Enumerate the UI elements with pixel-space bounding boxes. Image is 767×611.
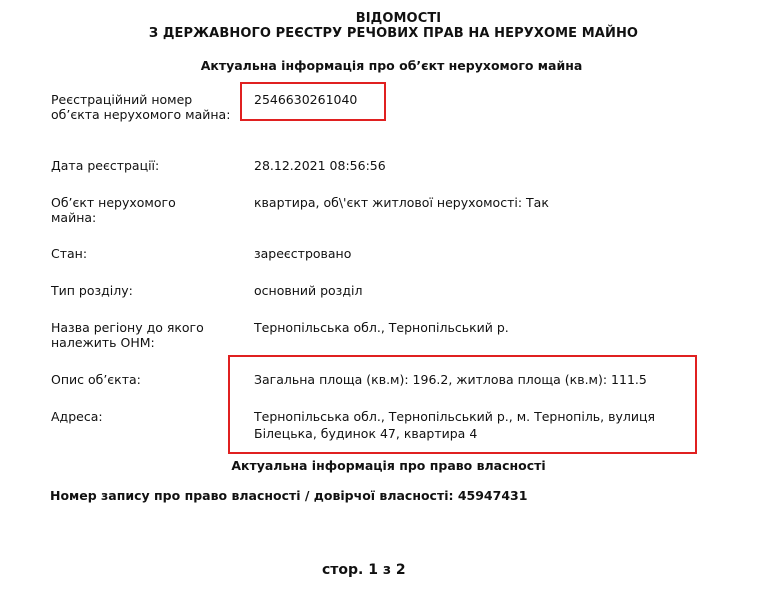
highlight-box-description-address	[228, 355, 697, 454]
highlight-box-registration-number	[240, 82, 386, 121]
field-label-registration-date: Дата реєстрації:	[51, 158, 231, 173]
ownership-record-number: Номер запису про право власності / довір…	[50, 488, 527, 503]
page-number: стор. 1 з 2	[322, 562, 406, 579]
field-value-region: Тернопільська обл., Тернопільський р.	[254, 320, 509, 335]
field-label-registration-number: Реєстраційний номер об’єкта нерухомого м…	[51, 92, 231, 122]
document-subtitle: З ДЕРЖАВНОГО РЕЄСТРУ РЕЧОВИХ ПРАВ НА НЕР…	[10, 26, 767, 41]
document-title: ВІДОМОСТІ	[15, 11, 767, 26]
field-value-section-type: основний розділ	[254, 283, 362, 298]
ownership-section-heading: Актуальна інформація про право власності	[5, 458, 767, 473]
field-label-address: Адреса:	[51, 409, 231, 424]
field-label-section-type: Тип розділу:	[51, 283, 231, 298]
field-label-status: Стан:	[51, 246, 231, 261]
field-label-object-type: Об’єкт нерухомого майна:	[51, 195, 201, 225]
field-value-registration-date: 28.12.2021 08:56:56	[254, 158, 386, 173]
field-label-region: Назва регіону до якого належить ОНМ:	[51, 320, 221, 350]
field-label-description: Опис об’єкта:	[51, 372, 231, 387]
object-section-heading: Актуальна інформація про об’єкт нерухомо…	[8, 58, 767, 73]
field-value-status: зареєстровано	[254, 246, 351, 261]
field-value-object-type: квартира, об\'єкт житлової нерухомості: …	[254, 195, 549, 210]
